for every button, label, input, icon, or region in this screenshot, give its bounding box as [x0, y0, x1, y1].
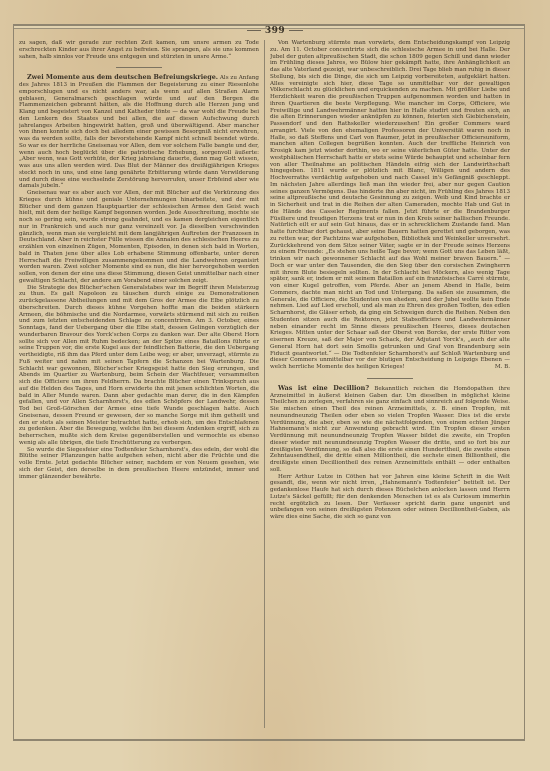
author-signature: M. B.: [487, 364, 510, 371]
page-number-text: 399: [265, 26, 285, 36]
section-divider: [367, 378, 413, 379]
left-column: zu sagen, daß wir gerade zur rechten Zei…: [19, 40, 259, 730]
article-paragraph-continued: Von Wartenburg stürmte man vorwärts, dem…: [270, 40, 510, 371]
right-column: Von Wartenburg stürmte man vorwärts, dem…: [270, 40, 510, 730]
article-headline: Was ist eine Decillion?: [278, 384, 369, 392]
article-headline: Zwei Momente aus dem deutschen Befreiung…: [27, 73, 218, 81]
section-divider: [116, 67, 162, 68]
intro-paragraph: zu sagen, daß wir gerade zur rechten Zei…: [19, 40, 259, 60]
page-number-dash-left: [247, 30, 261, 31]
article-paragraph: So wurde die Siegesfeier eine Todtenfeie…: [19, 447, 259, 481]
article-paragraph: Als zu Anfang des Jahres 1813 in Preußen…: [19, 75, 259, 189]
article-decillion-lead: Was ist eine Decillion? Bekanntlich reic…: [270, 385, 510, 474]
article-paragraph: Bekanntlich reichen die Homöopathen ihre…: [270, 386, 510, 473]
article-befreiungskriege-lead: Zwei Momente aus dem deutschen Befreiung…: [19, 74, 259, 190]
page-number-dash-right: [289, 30, 303, 31]
column-divider: [264, 40, 265, 728]
article-paragraph: Herr Arthur Lutze in Cöthen hat vor Jahr…: [270, 474, 510, 521]
article-paragraph-text: Von Wartenburg stürmte man vorwärts, dem…: [270, 40, 510, 370]
page-number: 399: [0, 26, 550, 36]
article-paragraph: Die Strategie des Blücher'schen Generals…: [19, 285, 259, 447]
article-paragraph: Gneisenau war es aber auch vor Allen, de…: [19, 190, 259, 285]
